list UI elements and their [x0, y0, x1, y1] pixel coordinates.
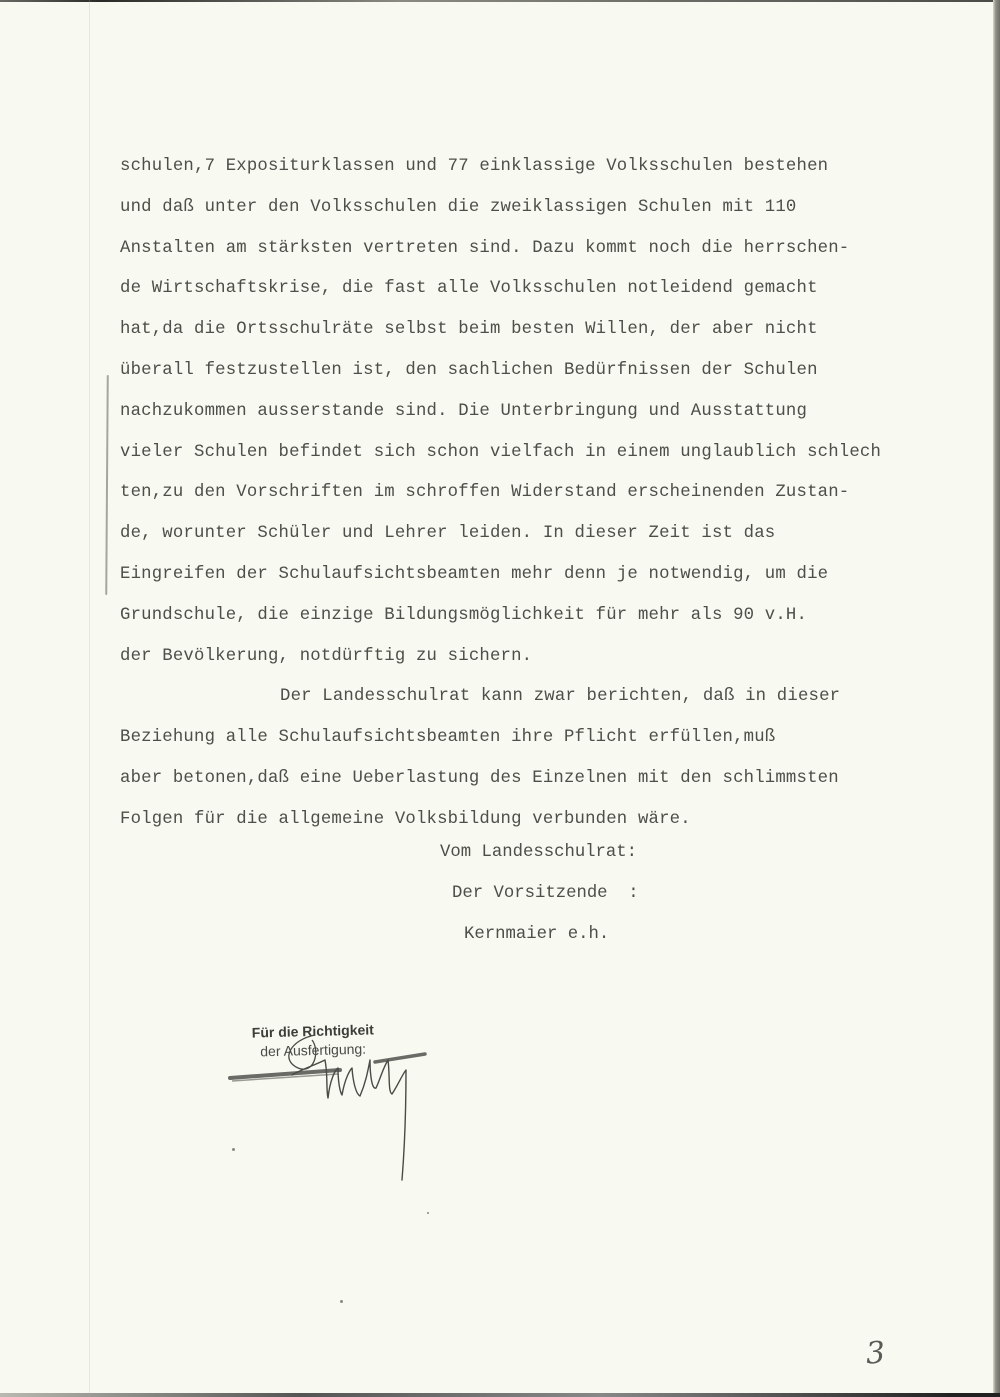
text-line: Beziehung alle Schulaufsichtsbeamten ihr… — [120, 723, 970, 764]
text-line: aber betonen,daß eine Ueberlastung des E… — [120, 764, 970, 805]
paper-speck — [232, 1148, 235, 1151]
text-line: Anstalten am stärksten vertreten sind. D… — [120, 234, 970, 275]
paper-fold-line — [89, 0, 90, 1397]
text-line: der Bevölkerung, notdürftig zu sichern. — [120, 642, 970, 683]
signature-block: Vom Landesschulrat: Der Vorsitzende : Ke… — [440, 838, 639, 961]
text-line: vieler Schulen befindet sich schon vielf… — [120, 438, 970, 479]
paper-speck — [427, 1212, 429, 1214]
closing-title: Der Vorsitzende : — [440, 879, 639, 920]
typewritten-body: schulen,7 Expositurklassen und 77 einkla… — [120, 152, 970, 846]
text-line: und daß unter den Volksschulen die zweik… — [120, 193, 970, 234]
text-line: ten,zu den Vorschriften im schroffen Wid… — [120, 478, 970, 519]
closing-name: Kernmaier e.h. — [440, 920, 639, 961]
handwritten-page-number: 3 — [865, 1335, 886, 1371]
scan-right-edge — [993, 0, 1000, 1397]
text-line: überall festzustellen ist, den sachliche… — [120, 356, 970, 397]
text-line: Eingreifen der Schulaufsichtsbeamten meh… — [120, 560, 970, 601]
scan-bottom-edge — [0, 1393, 1000, 1397]
paper-speck — [340, 1300, 343, 1303]
margin-pencil-mark — [105, 375, 109, 595]
closing-authority: Vom Landesschulrat: — [440, 838, 639, 879]
scan-top-edge — [0, 0, 1000, 2]
text-line: de Wirtschaftskrise, die fast alle Volks… — [120, 274, 970, 315]
text-line: schulen,7 Expositurklassen und 77 einkla… — [120, 152, 970, 193]
document-page: schulen,7 Expositurklassen und 77 einkla… — [0, 0, 1000, 1397]
paragraph-start-line: Der Landesschulrat kann zwar berichten, … — [120, 682, 970, 723]
text-line: Grundschule, die einzige Bildungsmöglich… — [120, 601, 970, 642]
text-line: nachzukommen ausserstande sind. Die Unte… — [120, 397, 970, 438]
text-line: de, worunter Schüler und Lehrer leiden. … — [120, 519, 970, 560]
handwritten-signature-icon — [220, 1030, 470, 1220]
text-line: hat,da die Ortsschulräte selbst beim bes… — [120, 315, 970, 356]
